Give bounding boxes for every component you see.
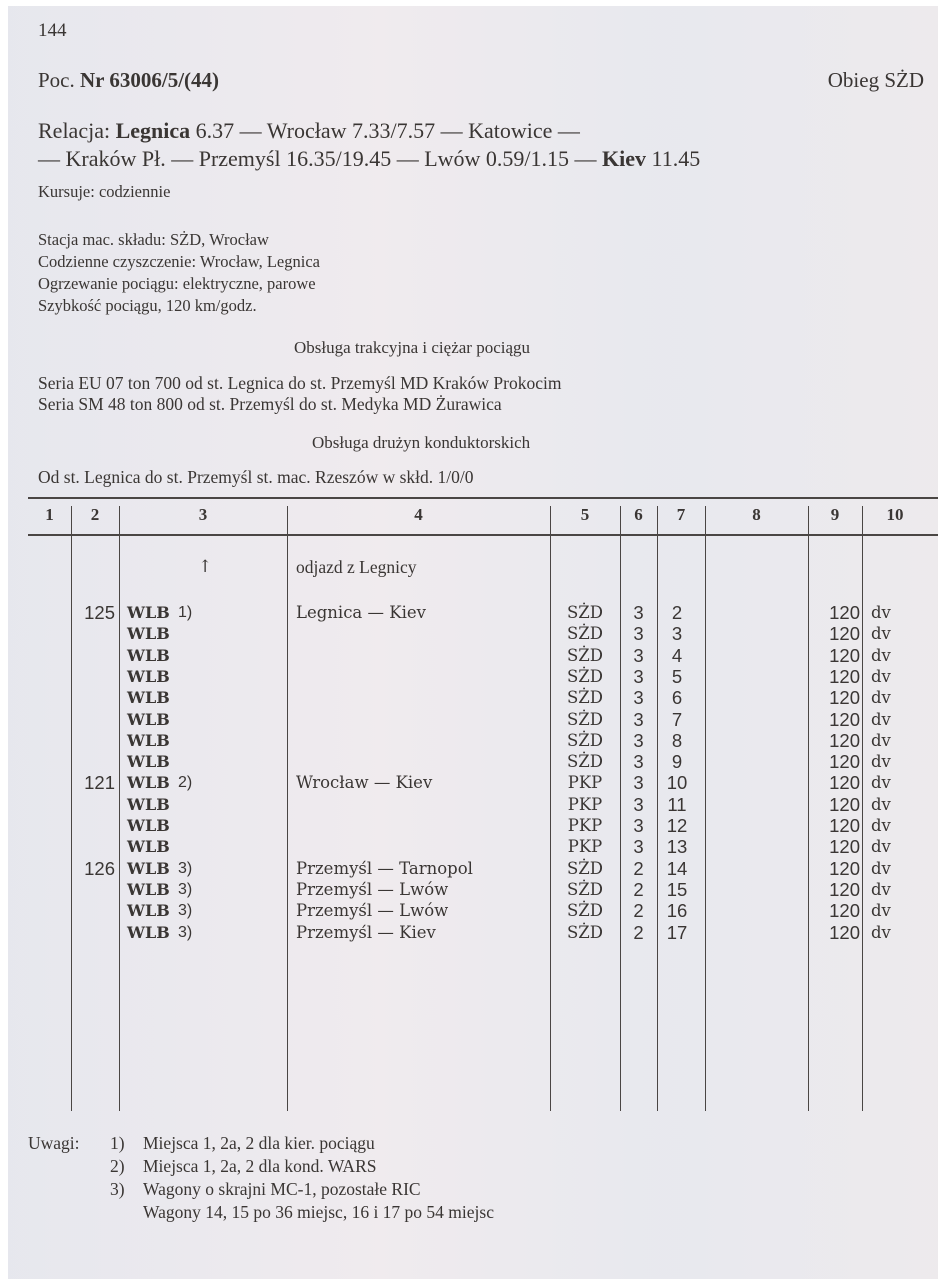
runs-daily: Kursuje: codziennie bbox=[38, 182, 170, 202]
cell-wagon-number: 14 bbox=[657, 858, 697, 879]
traction-line: Seria SM 48 ton 800 od st. Przemyśl do s… bbox=[38, 394, 502, 415]
cell-class: 2 bbox=[620, 900, 657, 921]
cell-wagon-number: 12 bbox=[657, 815, 697, 836]
cell-wagon-type: WLB bbox=[127, 730, 170, 751]
cell-class: 3 bbox=[620, 645, 657, 666]
cell-wagon-note: 2) bbox=[178, 772, 192, 793]
cell-class: 3 bbox=[620, 666, 657, 687]
cell-speed: 120 bbox=[808, 922, 860, 943]
column-header-5: 5 bbox=[550, 505, 620, 525]
cell-col10: dv bbox=[871, 900, 891, 921]
cell-wagon-number: 7 bbox=[657, 709, 697, 730]
cell-wagon-number: 9 bbox=[657, 751, 697, 772]
relation-label: Relacja: bbox=[38, 118, 110, 143]
cell-railway: SŻD bbox=[550, 709, 620, 730]
cell-class: 3 bbox=[620, 730, 657, 751]
cell-speed: 120 bbox=[808, 687, 860, 708]
cell-wagon-type: WLB bbox=[127, 794, 170, 815]
cell-railway: SŻD bbox=[550, 602, 620, 623]
cell-wagon-number: 5 bbox=[657, 666, 697, 687]
cell-railway: SŻD bbox=[550, 623, 620, 644]
cell-railway: SŻD bbox=[550, 645, 620, 666]
cell-railway: SŻD bbox=[550, 900, 620, 921]
cell-wagon-number: 3 bbox=[657, 623, 697, 644]
cell-wagon-number: 4 bbox=[657, 645, 697, 666]
column-divider bbox=[862, 506, 863, 1111]
table-top-rule bbox=[28, 497, 938, 499]
cell-wagon-number: 6 bbox=[657, 687, 697, 708]
departure-note: odjazd z Legnicy bbox=[296, 557, 417, 578]
cell-col10: dv bbox=[871, 794, 891, 815]
column-header-2: 2 bbox=[71, 505, 119, 525]
cell-wagon-type: WLB bbox=[127, 645, 170, 666]
cell-wagon-number: 10 bbox=[657, 772, 697, 793]
column-divider bbox=[71, 506, 72, 1111]
note-text: Miejsca 1, 2a, 2 dla kond. WARS bbox=[143, 1156, 376, 1177]
cell-speed: 120 bbox=[808, 751, 860, 772]
cell-railway: PKP bbox=[550, 836, 620, 857]
cell-col10: dv bbox=[871, 623, 891, 644]
cell-wagon-type: WLB bbox=[127, 922, 170, 943]
timetable-page: 144 Poc. Nr 63006/5/(44) Obieg SŻD Relac… bbox=[8, 6, 938, 1279]
cell-col10: dv bbox=[871, 836, 891, 857]
cell-group-number: 125 bbox=[71, 602, 115, 623]
note-marker: 1) bbox=[110, 1133, 125, 1154]
cell-railway: SŻD bbox=[550, 687, 620, 708]
relation-line-2: — Kraków Pł. — Przemyśl 16.35/19.45 — Lw… bbox=[38, 146, 700, 172]
train-number: Poc. Nr 63006/5/(44) bbox=[38, 68, 219, 93]
cell-wagon-note: 3) bbox=[178, 858, 192, 879]
cell-wagon-type: WLB bbox=[127, 900, 170, 921]
cell-railway: SŻD bbox=[550, 730, 620, 751]
column-divider bbox=[287, 506, 288, 1111]
cell-col10: dv bbox=[871, 687, 891, 708]
cell-col10: dv bbox=[871, 815, 891, 836]
cell-col10: dv bbox=[871, 879, 891, 900]
cell-wagon-number: 8 bbox=[657, 730, 697, 751]
cell-wagon-type: WLB bbox=[127, 623, 170, 644]
train-number-value: Nr 63006/5/(44) bbox=[80, 68, 219, 92]
cell-route: Przemyśl — Kiev bbox=[296, 922, 436, 943]
info-line: Szybkość pociągu, 120 km/godz. bbox=[38, 296, 257, 316]
cell-group-number: 121 bbox=[71, 772, 115, 793]
departure-arrow-icon: ↑ bbox=[198, 557, 212, 577]
page-number: 144 bbox=[38, 20, 67, 42]
cell-col10: dv bbox=[871, 772, 891, 793]
cell-railway: SŻD bbox=[550, 666, 620, 687]
cell-speed: 120 bbox=[808, 772, 860, 793]
cell-railway: PKP bbox=[550, 794, 620, 815]
cell-speed: 120 bbox=[808, 666, 860, 687]
cell-wagon-type: WLB bbox=[127, 836, 170, 857]
cell-wagon-number: 15 bbox=[657, 879, 697, 900]
conductors-line: Od st. Legnica do st. Przemyśl st. mac. … bbox=[38, 467, 474, 488]
cell-speed: 120 bbox=[808, 645, 860, 666]
cell-wagon-number: 16 bbox=[657, 900, 697, 921]
cell-col10: dv bbox=[871, 858, 891, 879]
relation-origin: Legnica bbox=[116, 118, 191, 143]
cell-wagon-number: 13 bbox=[657, 836, 697, 857]
column-divider bbox=[119, 506, 120, 1111]
cell-speed: 120 bbox=[808, 900, 860, 921]
cell-col10: dv bbox=[871, 922, 891, 943]
table-header-rule bbox=[28, 534, 938, 536]
column-header-8: 8 bbox=[705, 505, 808, 525]
cell-wagon-type: WLB bbox=[127, 687, 170, 708]
cell-railway: SŻD bbox=[550, 922, 620, 943]
cell-class: 3 bbox=[620, 815, 657, 836]
cell-wagon-note: 3) bbox=[178, 879, 192, 900]
info-line: Stacja mac. składu: SŻD, Wrocław bbox=[38, 230, 269, 250]
column-header-3: 3 bbox=[119, 505, 287, 525]
cell-railway: SŻD bbox=[550, 858, 620, 879]
note-text: Wagony o skrajni MC-1, pozostałe RIC bbox=[143, 1179, 421, 1200]
cell-wagon-note: 3) bbox=[178, 922, 192, 943]
cell-wagon-note: 3) bbox=[178, 900, 192, 921]
cell-class: 3 bbox=[620, 772, 657, 793]
cell-class: 3 bbox=[620, 602, 657, 623]
relation-destination: Kiev bbox=[602, 146, 646, 171]
cell-railway: SŻD bbox=[550, 879, 620, 900]
cell-route: Przemyśl — Tarnopol bbox=[296, 858, 473, 879]
traction-line: Seria EU 07 ton 700 od st. Legnica do st… bbox=[38, 373, 561, 394]
cell-col10: dv bbox=[871, 602, 891, 623]
cell-wagon-type: WLB bbox=[127, 751, 170, 772]
cell-route: Przemyśl — Lwów bbox=[296, 900, 448, 921]
relation-arrival: 11.45 bbox=[646, 146, 700, 171]
traction-title: Obsługa trakcyjna i ciężar pociągu bbox=[294, 338, 530, 358]
cell-speed: 120 bbox=[808, 794, 860, 815]
cell-speed: 120 bbox=[808, 709, 860, 730]
cell-wagon-number: 17 bbox=[657, 922, 697, 943]
cell-class: 2 bbox=[620, 858, 657, 879]
column-header-9: 9 bbox=[808, 505, 862, 525]
relation-line-1: Relacja: Legnica 6.37 — Wrocław 7.33/7.5… bbox=[38, 118, 580, 144]
cell-col10: dv bbox=[871, 730, 891, 751]
train-prefix: Poc. bbox=[38, 68, 75, 92]
cell-speed: 120 bbox=[808, 836, 860, 857]
cell-class: 2 bbox=[620, 922, 657, 943]
note-marker: 2) bbox=[110, 1156, 125, 1177]
cell-class: 2 bbox=[620, 879, 657, 900]
column-divider bbox=[705, 506, 706, 1111]
cell-class: 3 bbox=[620, 709, 657, 730]
cell-wagon-type: WLB bbox=[127, 879, 170, 900]
circulation-label: Obieg SŻD bbox=[828, 68, 924, 93]
cell-class: 3 bbox=[620, 623, 657, 644]
cell-wagon-note: 1) bbox=[178, 602, 192, 623]
cell-class: 3 bbox=[620, 751, 657, 772]
cell-wagon-number: 11 bbox=[657, 794, 697, 815]
cell-speed: 120 bbox=[808, 623, 860, 644]
cell-wagon-number: 2 bbox=[657, 602, 697, 623]
cell-railway: PKP bbox=[550, 815, 620, 836]
cell-speed: 120 bbox=[808, 815, 860, 836]
info-line: Codzienne czyszczenie: Wrocław, Legnica bbox=[38, 252, 320, 272]
column-header-4: 4 bbox=[287, 505, 550, 525]
cell-class: 3 bbox=[620, 794, 657, 815]
cell-wagon-type: WLB bbox=[127, 602, 170, 623]
cell-speed: 120 bbox=[808, 730, 860, 751]
cell-wagon-type: WLB bbox=[127, 666, 170, 687]
cell-route: Przemyśl — Lwów bbox=[296, 879, 448, 900]
note-text: Miejsca 1, 2a, 2 dla kier. pociągu bbox=[143, 1133, 375, 1154]
cell-wagon-type: WLB bbox=[127, 772, 170, 793]
cell-route: Wrocław — Kiev bbox=[296, 772, 432, 793]
cell-speed: 120 bbox=[808, 879, 860, 900]
column-header-6: 6 bbox=[620, 505, 657, 525]
note-text: Wagony 14, 15 po 36 miejsc, 16 i 17 po 5… bbox=[143, 1202, 494, 1223]
cell-railway: SŻD bbox=[550, 751, 620, 772]
cell-wagon-type: WLB bbox=[127, 709, 170, 730]
cell-class: 3 bbox=[620, 836, 657, 857]
cell-route: Legnica — Kiev bbox=[296, 602, 426, 623]
column-header-1: 1 bbox=[28, 505, 71, 525]
cell-speed: 120 bbox=[808, 858, 860, 879]
column-header-7: 7 bbox=[657, 505, 705, 525]
relation-segment: — Kraków Pł. — Przemyśl 16.35/19.45 — Lw… bbox=[38, 146, 602, 171]
cell-class: 3 bbox=[620, 687, 657, 708]
note-marker: 3) bbox=[110, 1179, 125, 1200]
conductors-title: Obsługa drużyn konduktorskich bbox=[312, 433, 530, 453]
cell-col10: dv bbox=[871, 709, 891, 730]
notes-label: Uwagi: bbox=[28, 1133, 80, 1154]
cell-speed: 120 bbox=[808, 602, 860, 623]
cell-wagon-type: WLB bbox=[127, 858, 170, 879]
relation-segment: 6.37 — Wrocław 7.33/7.57 — Katowice — bbox=[190, 118, 580, 143]
cell-wagon-type: WLB bbox=[127, 815, 170, 836]
column-header-10: 10 bbox=[862, 505, 928, 525]
cell-col10: dv bbox=[871, 666, 891, 687]
cell-col10: dv bbox=[871, 751, 891, 772]
info-line: Ogrzewanie pociągu: elektryczne, parowe bbox=[38, 274, 316, 294]
cell-col10: dv bbox=[871, 645, 891, 666]
cell-railway: PKP bbox=[550, 772, 620, 793]
cell-group-number: 126 bbox=[71, 858, 115, 879]
